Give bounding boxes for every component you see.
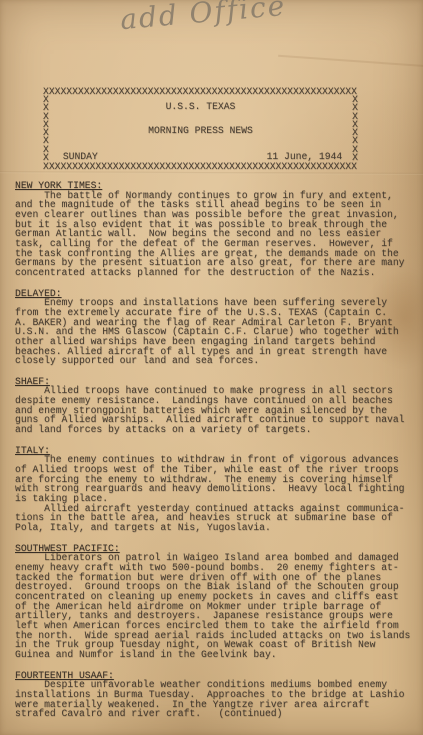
section-body: The battle of Normandy continues to grow…	[15, 191, 419, 278]
section-body: Despite unfavorable weather conditions m…	[15, 680, 419, 719]
handwritten-note: add Office	[119, 0, 288, 36]
ship-name: U.S.S. TEXAS	[49, 101, 352, 112]
section-body: Liberators on patrol in Waigeo Island ar…	[15, 553, 419, 659]
paper-crease	[278, 55, 423, 67]
section-fourteenth-usaaf: FOURTEENTH USAAF: Despite unfavorable we…	[15, 671, 419, 719]
bulletin-title: MORNING PRESS NEWS	[49, 125, 352, 136]
masthead-bottom-border: XXXXXXXXXXXXXXXXXXXXXXXXXXXXXXXXXXXXXXXX…	[43, 162, 358, 171]
masthead-top-border: XXXXXXXXXXXXXXXXXXXXXXXXXXXXXXXXXXXXXXXX…	[43, 87, 358, 96]
section-body: Enemy troops and installations have been…	[15, 298, 419, 366]
section-italy: ITALY: The enemy continues to withdraw i…	[15, 446, 419, 533]
section-shaef: SHAEF: Allied troops have continued to m…	[15, 377, 419, 435]
news-body: NEW YORK TIMES: The battle of Normandy c…	[15, 181, 419, 730]
date-label: 11 June, 1944	[267, 151, 343, 162]
section-new-york-times: NEW YORK TIMES: The battle of Normandy c…	[15, 181, 419, 278]
section-delayed: DELAYED: Enemy troops and installations …	[15, 289, 419, 366]
masthead-right-border: X X X X X X X X	[352, 96, 358, 162]
section-southwest-pacific: SOUTHWEST PACIFIC: Liberators on patrol …	[15, 544, 419, 660]
masthead-box: XXXXXXXXXXXXXXXXXXXXXXXXXXXXXXXXXXXXXXXX…	[43, 87, 358, 171]
section-body: The enemy continues to withdraw in front…	[15, 455, 419, 532]
section-body: Allied troops have continued to make pro…	[15, 386, 419, 434]
masthead-dateline: SUNDAY 11 June, 1944	[63, 151, 342, 162]
day-label: SUNDAY	[63, 151, 98, 162]
scanned-press-news-page: add Office XXXXXXXXXXXXXXXXXXXXXXXXXXXXX…	[0, 0, 423, 735]
